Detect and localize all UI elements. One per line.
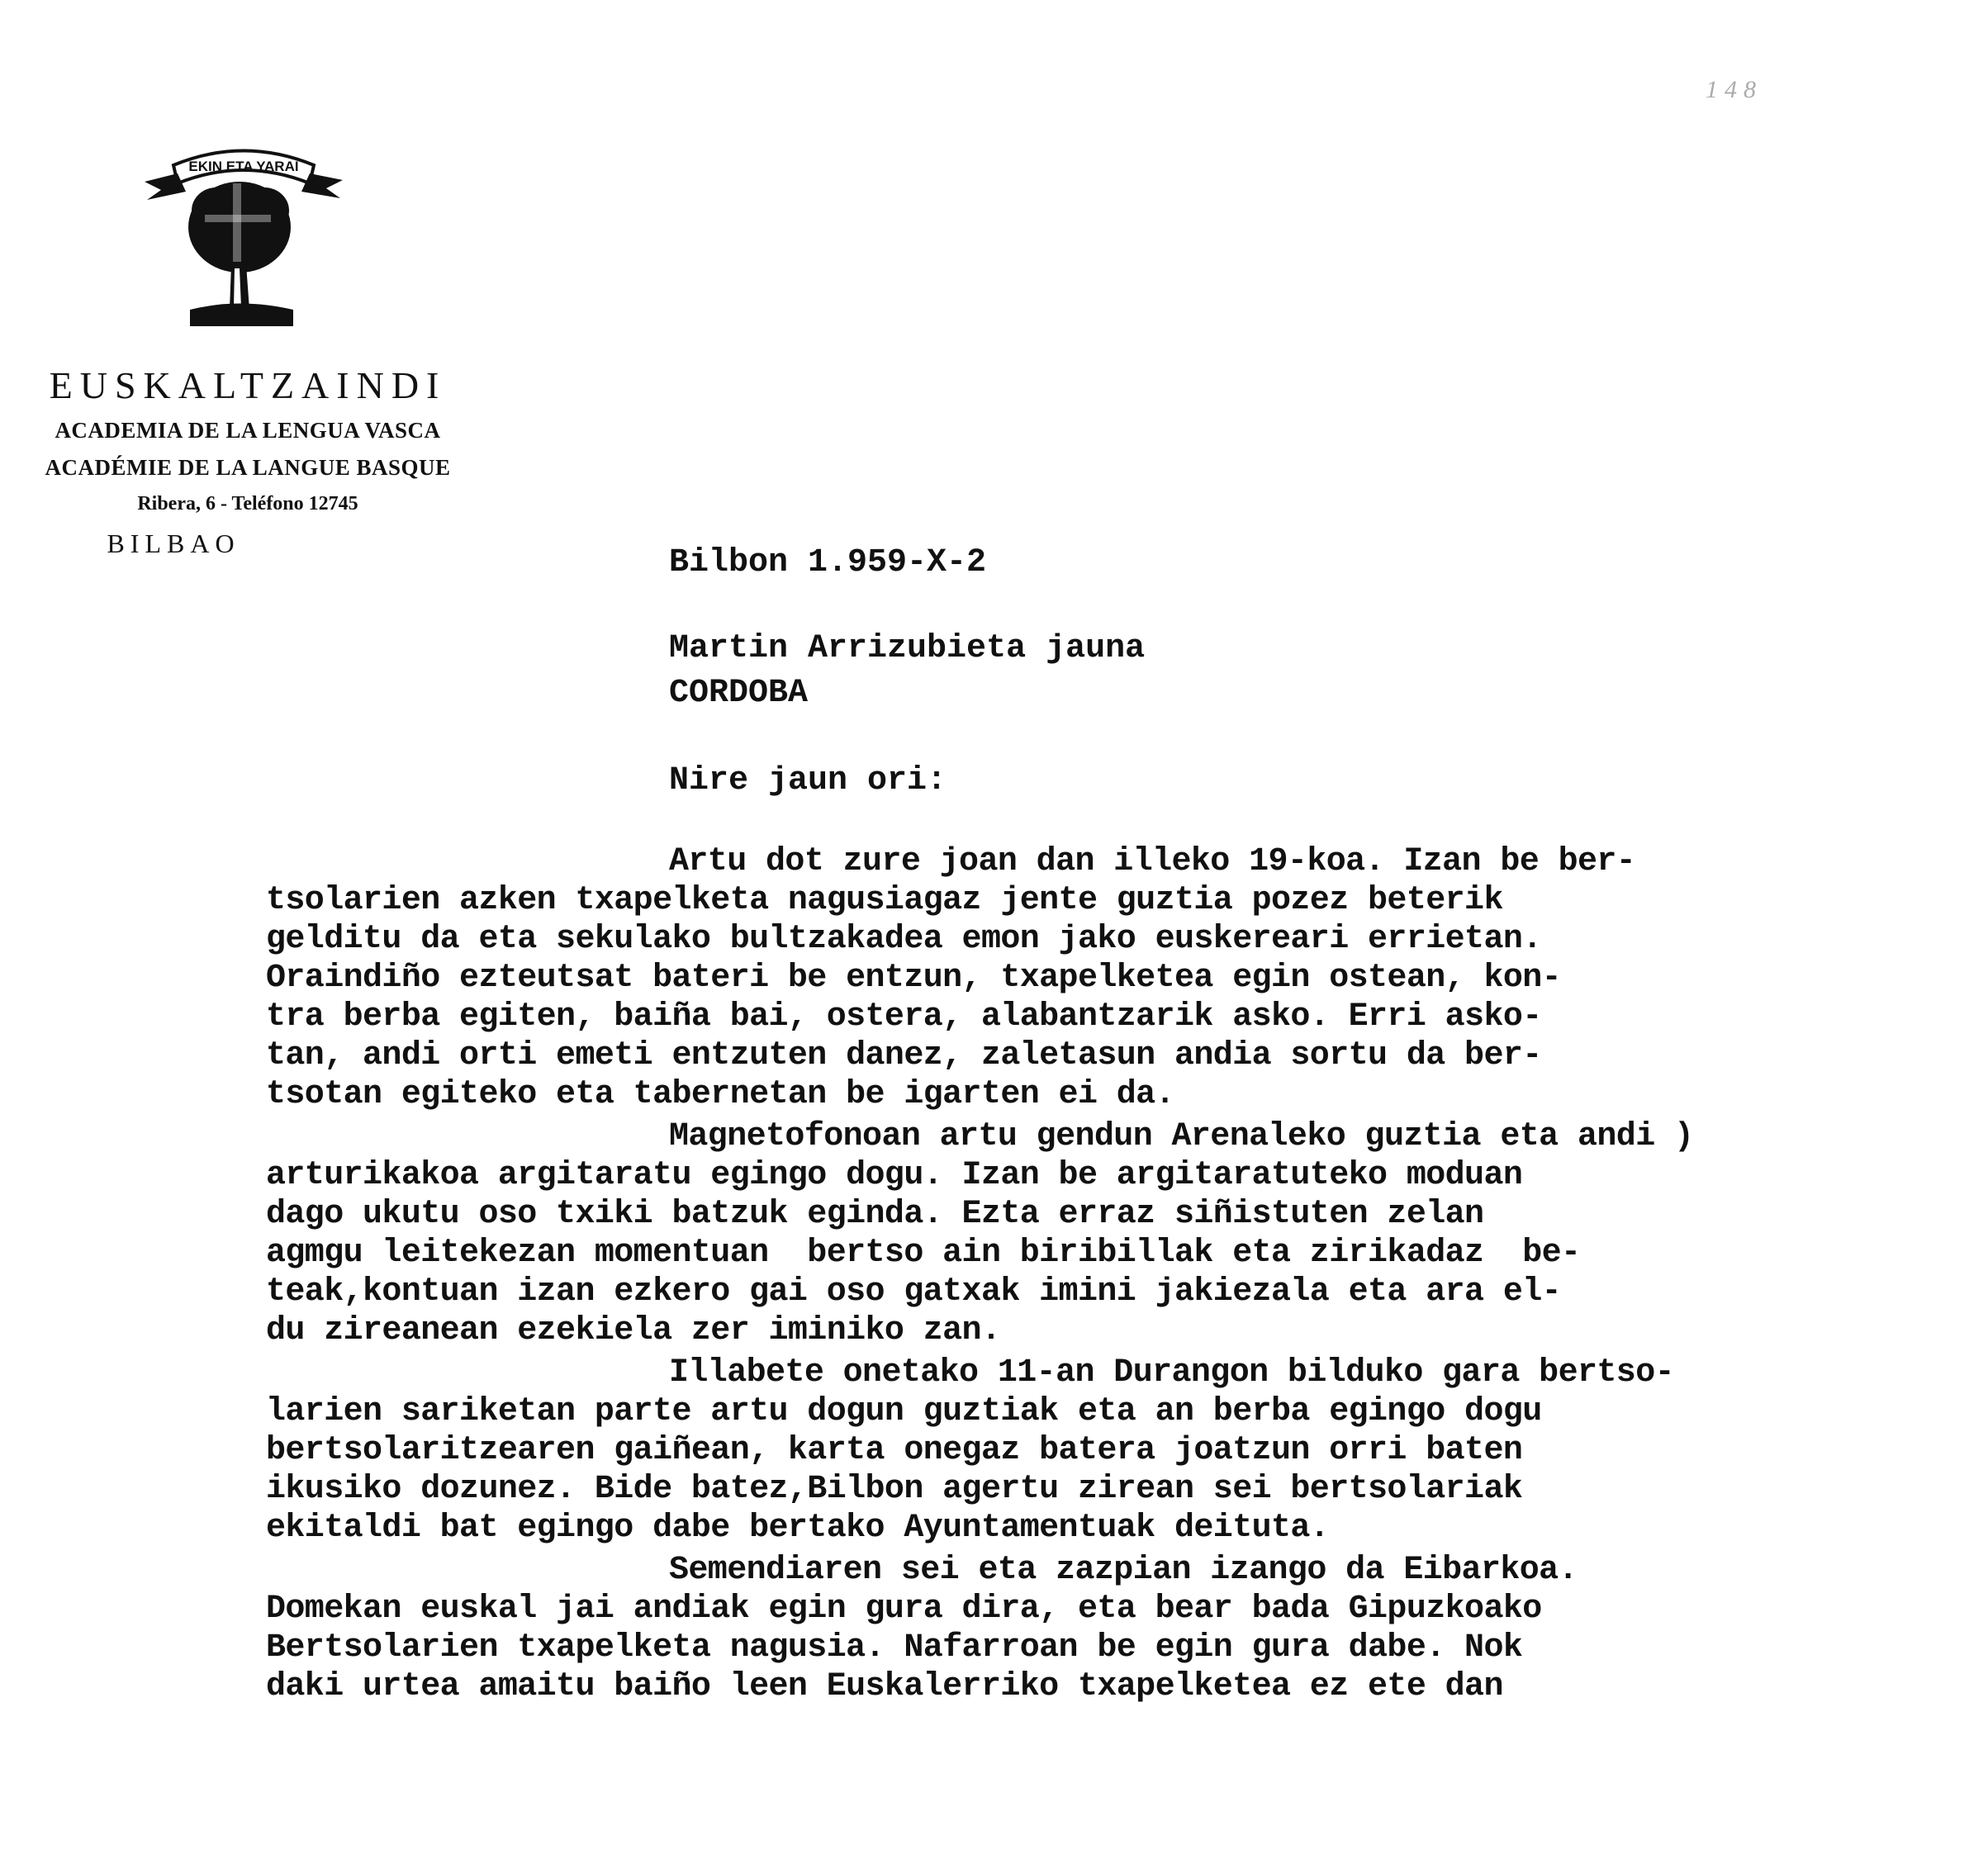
body-line: ekitaldi bat egingo dabe bertako Ayuntam… — [266, 1509, 1959, 1548]
body-line: Semendiaren sei eta zazpian izango da Ei… — [266, 1551, 1959, 1590]
academy-address: Ribera, 6 - Teléfono 12745 — [17, 493, 479, 515]
body-line: agmgu leitekezan momentuan bertso ain bi… — [266, 1234, 1959, 1273]
body-line: Bertsolarien txapelketa nagusia. Nafarro… — [266, 1629, 1959, 1667]
archive-pencil-mark: 148 — [1706, 76, 1763, 104]
body-line: tsolarien azken txapelketa nagusiagaz je… — [266, 881, 1959, 920]
academy-subtitle-french: ACADÉMIE DE LA LANGUE BASQUE — [17, 455, 479, 481]
body-line: daki urtea amaitu baiño leen Euskalerrik… — [266, 1667, 1959, 1706]
body-line: ikusiko dozunez. Bide batez,Bilbon agert… — [266, 1470, 1959, 1509]
body-line: tra berba egiten, baiña bai, ostera, ala… — [266, 998, 1959, 1036]
letter-body: Artu dot zure joan dan illeko 19-koa. Iz… — [266, 842, 1959, 1706]
body-line: teak,kontuan izan ezkero gai oso gatxak … — [266, 1273, 1959, 1311]
oak-tree-with-cross-icon: EKIN ETA YARAI — [140, 132, 347, 330]
letter-date: Bilbon 1.959-X-2 — [669, 547, 986, 580]
body-line: Illabete onetako 11-an Durangon bilduko … — [266, 1354, 1959, 1392]
letter-page: 148 EKIN ETA YARAI EUSKALTZAINDI ACADEMI… — [0, 0, 1988, 1873]
body-line: Magnetofonoan artu gendun Arenaleko guzt… — [266, 1117, 1959, 1156]
academy-city: BILBAO — [0, 529, 347, 559]
body-line: larien sariketan parte artu dogun guztia… — [266, 1392, 1959, 1431]
body-line: arturikakoa argitaratu egingo dogu. Izan… — [266, 1156, 1959, 1195]
addressee-city: CORDOBA — [669, 677, 808, 710]
body-line: dago ukutu oso txiki batzuk eginda. Ezta… — [266, 1195, 1959, 1234]
body-line: tsotan egiteko eta tabernetan be igarten… — [266, 1075, 1959, 1114]
addressee-name: Martin Arrizubieta jauna — [669, 633, 1145, 666]
body-line: Oraindiño ezteutsat bateri be entzun, tx… — [266, 959, 1959, 998]
body-line: du zireanean ezekiela zer iminiko zan. — [266, 1311, 1959, 1350]
body-line: tan, andi orti emeti entzuten danez, zal… — [266, 1036, 1959, 1075]
body-line: gelditu da eta sekulako bultzakadea emon… — [266, 920, 1959, 959]
academy-name: EUSKALTZAINDI — [17, 363, 479, 407]
body-line: Domekan euskal jai andiak egin gura dira… — [266, 1590, 1959, 1629]
body-line: Artu dot zure joan dan illeko 19-koa. Iz… — [266, 842, 1959, 881]
body-line: bertsolaritzearen gaiñean, karta onegaz … — [266, 1431, 1959, 1470]
academy-subtitle-spanish: ACADEMIA DE LA LENGUA VASCA — [17, 418, 479, 443]
svg-text:EKIN ETA YARAI: EKIN ETA YARAI — [188, 159, 298, 174]
salutation: Nire jaun ori: — [669, 765, 947, 798]
